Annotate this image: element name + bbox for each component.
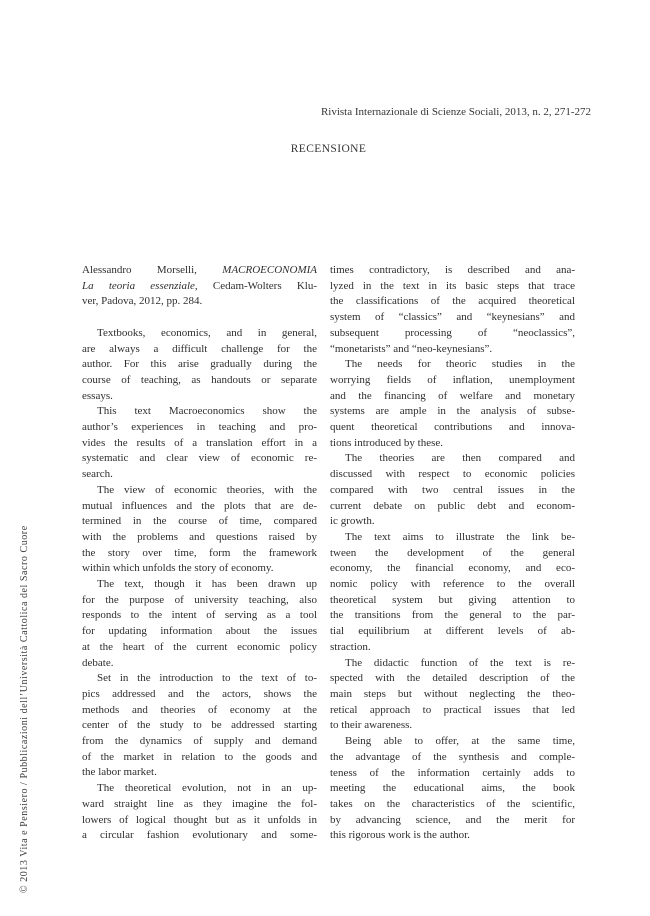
text-line: ver, Padova, 2012, pp. 284.	[82, 294, 317, 310]
left-column: Alessandro Morselli, MACROECONOMIALa teo…	[82, 263, 317, 844]
text-line: The needs for theoric studies in the	[330, 357, 575, 373]
text-line: essays.	[82, 389, 317, 405]
text-line: discussed with respect to economic polic…	[330, 467, 575, 483]
text-line: The view of economic theories, with the	[82, 483, 317, 499]
text-line: economy, the financial economy, and eco-	[330, 561, 575, 577]
text-line: teness of the information certainly adds…	[330, 766, 575, 782]
copyright-sidebar: © 2013 Vita e Pensiero / Pubblicazioni d…	[19, 525, 30, 893]
text-line: tial equilibrium at different levels of …	[330, 624, 575, 640]
text-line: for updating information about the issue…	[82, 624, 317, 640]
text-line: mutual influences and the plots that are…	[82, 499, 317, 515]
scanned-journal-page: © 2013 Vita e Pensiero / Pubblicazioni d…	[0, 0, 650, 916]
text-line: Textbooks, economics, and in general,	[82, 326, 317, 342]
text-line: The text, though it has been drawn up	[82, 577, 317, 593]
text-line: vides the results of a translation effor…	[82, 436, 317, 452]
text-line: “monetarists” and “neo-keynesians”.	[330, 342, 575, 358]
text-line: Being able to offer, at the same time,	[330, 734, 575, 750]
text-line: debate.	[82, 656, 317, 672]
text-line: The theories are then compared and	[330, 451, 575, 467]
text-line: of the market in relation to the goods a…	[82, 750, 317, 766]
text-line: from the dynamics of supply and demand	[82, 734, 317, 750]
text-line: for the purpose of university teaching, …	[82, 593, 317, 609]
text-line: by advancing science, and the merit for	[330, 813, 575, 829]
text-line: straction.	[330, 640, 575, 656]
text-line: termined in the course of time, compared	[82, 514, 317, 530]
text-line: La teoria essenziale, Cedam-Wolters Klu-	[82, 279, 317, 295]
text-line: search.	[82, 467, 317, 483]
text-line: nomic policy with reference to the overa…	[330, 577, 575, 593]
text-line: course of teaching, as handouts or separ…	[82, 373, 317, 389]
text-line: to their awareness.	[330, 718, 575, 734]
text-line: author’s experiences in teaching and pro…	[82, 420, 317, 436]
text-line: systems are ample in the analysis of sub…	[330, 404, 575, 420]
text-line: The theoretical evolution, not in an up-	[82, 781, 317, 797]
text-line: meeting the educational aims, the book	[330, 781, 575, 797]
blank-line	[82, 310, 317, 326]
right-column: times contradictory, is described and an…	[330, 263, 575, 844]
text-line: subsequent processing of “neoclassics”,	[330, 326, 575, 342]
text-line: system of “classics” and “keynesians” an…	[330, 310, 575, 326]
text-line: quent theoretical contributions and inno…	[330, 420, 575, 436]
text-line: ward straight line as they imagine the f…	[82, 797, 317, 813]
text-line: the advantage of the synthesis and compl…	[330, 750, 575, 766]
text-line: responds to the intent of serving as a t…	[82, 608, 317, 624]
journal-header: Rivista Internazionale di Scienze Social…	[82, 106, 591, 119]
text-line: center of the study to be addressed star…	[82, 718, 317, 734]
text-line: the transitions from the general to the …	[330, 608, 575, 624]
text-line: the story over time, form the framework	[82, 546, 317, 562]
text-line: main steps but without neglecting the th…	[330, 687, 575, 703]
text-line: tween the development of the general	[330, 546, 575, 562]
text-line: at the heart of the current economic pol…	[82, 640, 317, 656]
text-line: and the financing of welfare and monetar…	[330, 389, 575, 405]
text-line: pics addressed and the actors, shows the	[82, 687, 317, 703]
text-line: the classifications of the acquired theo…	[330, 294, 575, 310]
text-line: takes on the characteristics of the scie…	[330, 797, 575, 813]
text-line: The didactic function of the text is re-	[330, 656, 575, 672]
text-line: author. For this arise gradually during …	[82, 357, 317, 373]
text-line: spected with the detailed description of…	[330, 671, 575, 687]
text-line: This text Macroeconomics show the	[82, 404, 317, 420]
text-line: a circular fashion evolutionary and some…	[82, 828, 317, 844]
review-body: Alessandro Morselli, MACROECONOMIALa teo…	[82, 263, 575, 844]
text-line: The text aims to illustrate the link be-	[330, 530, 575, 546]
text-line: methods and theories of economy at the	[82, 703, 317, 719]
text-line: systematic and clear view of economic re…	[82, 451, 317, 467]
text-line: Alessandro Morselli, MACROECONOMIA	[82, 263, 317, 279]
text-line: lyzed in the text in its basic steps tha…	[330, 279, 575, 295]
text-line: ic growth.	[330, 514, 575, 530]
text-line: the labor market.	[82, 765, 317, 781]
text-line: with the problems and questions raised b…	[82, 530, 317, 546]
text-line: worrying fields of inflation, unemployme…	[330, 373, 575, 389]
text-line: tions introduced by these.	[330, 436, 575, 452]
text-line: compared with two central issues in the	[330, 483, 575, 499]
text-line: retical approach to practical issues tha…	[330, 703, 575, 719]
text-line: Set in the introduction to the text of t…	[82, 671, 317, 687]
text-line: within which unfolds the story of econom…	[82, 561, 317, 577]
text-line: theoretical system but giving attention …	[330, 593, 575, 609]
section-title: RECENSIONE	[82, 143, 575, 156]
text-line: times contradictory, is described and an…	[330, 263, 575, 279]
text-line: current debate on public debt and econom…	[330, 499, 575, 515]
text-line: lowers of logical thought but as it unfo…	[82, 813, 317, 829]
text-line: this rigorous work is the author.	[330, 828, 575, 844]
text-line: are always a difficult challenge for the	[82, 342, 317, 358]
